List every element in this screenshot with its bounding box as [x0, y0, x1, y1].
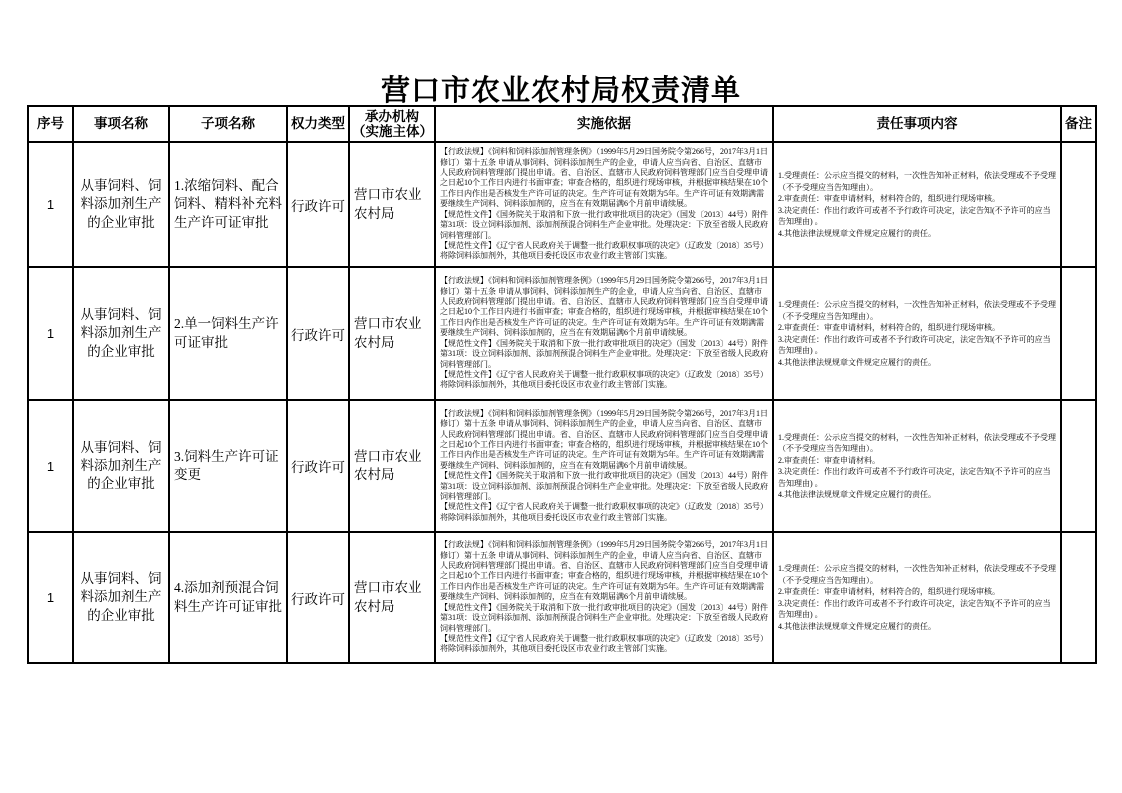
table-row: 1 从事饲料、饲料添加剂生产的企业审批 3.饲料生产许可证变更 行政许可 营口市…: [28, 400, 1096, 532]
responsibility-cell: 1.受理责任：公示应当提交的材料，一次性告知补正材料，依法受理或不予受理（不予受…: [773, 532, 1061, 663]
header-agency: 承办机构 （实施主体）: [349, 106, 435, 142]
responsibility-item: 3.决定责任：作出行政许可或者不予行政许可决定，法定告知(不予许可的应当告知理由…: [778, 334, 1056, 357]
responsibility-cell: 1.受理责任：公示应当提交的材料，一次性告知补正材料，依法受理或不予受理（不予受…: [773, 267, 1061, 400]
page-title: 营口市农业农村局权责清单: [27, 68, 1095, 109]
header-item-name: 事项名称: [73, 106, 169, 142]
legal-basis-paragraph: 【规范性文件】《辽宁省人民政府关于调整一批行政职权事项的决定》（辽政发〔2018…: [440, 241, 768, 262]
header-sub-item: 子项名称: [169, 106, 287, 142]
responsibility-item: 1.受理责任：公示应当提交的材料，一次性告知补正材料，依法受理或不予受理（不予受…: [778, 563, 1056, 586]
item-name-cell: 从事饲料、饲料添加剂生产的企业审批: [73, 400, 169, 532]
agency-cell: 营口市农业农村局: [349, 142, 435, 267]
legal-basis-cell: 【行政法规】《饲料和饲料添加剂管理条例》（1999年5月29日国务院令第266号…: [435, 532, 773, 663]
responsibility-item: 3.决定责任：作出行政许可或者不予行政许可决定，法定告知(不予许可的应当告知理由…: [778, 598, 1056, 621]
responsibility-item: 2.审查责任：审查申请材料，材料符合的，组织进行现场审核。: [778, 322, 1056, 334]
responsibility-item: 1.受理责任：公示应当提交的材料，一次性告知补正材料，依法受理或不予受理（不予受…: [778, 299, 1056, 322]
legal-basis-paragraph: 【规范性文件】《国务院关于取消和下放一批行政审批项目的决定》（国发〔2013〕4…: [440, 339, 768, 370]
agency-cell: 营口市农业农村局: [349, 400, 435, 532]
responsibility-item: 4.其他法律法规规章文件规定应履行的责任。: [778, 357, 1056, 369]
row-index-cell: 1: [28, 532, 73, 663]
legal-basis-cell: 【行政法规】《饲料和饲料添加剂管理条例》（1999年5月29日国务院令第266号…: [435, 267, 773, 400]
legal-basis-paragraph: 【行政法规】《饲料和饲料添加剂管理条例》（1999年5月29日国务院令第266号…: [440, 409, 768, 471]
item-name-cell: 从事饲料、饲料添加剂生产的企业审批: [73, 532, 169, 663]
table-row: 1 从事饲料、饲料添加剂生产的企业审批 4.添加剂预混合饲料生产许可证审批 行政…: [28, 532, 1096, 663]
table-row: 1 从事饲料、饲料添加剂生产的企业审批 1.浓缩饲料、配合饲料、精料补充料生产许…: [28, 142, 1096, 267]
sub-item-cell: 4.添加剂预混合饲料生产许可证审批: [169, 532, 287, 663]
item-name-cell: 从事饲料、饲料添加剂生产的企业审批: [73, 142, 169, 267]
header-remark: 备注: [1061, 106, 1096, 142]
responsibility-item: 4.其他法律法规规章文件规定应履行的责任。: [778, 489, 1056, 501]
header-responsibility: 责任事项内容: [773, 106, 1061, 142]
power-type-cell: 行政许可: [287, 400, 349, 532]
responsibility-item: 2.审查责任：审查申请材料，材料符合的，组织进行现场审核。: [778, 586, 1056, 598]
remark-cell: [1061, 400, 1096, 532]
legal-basis-paragraph: 【规范性文件】《辽宁省人民政府关于调整一批行政职权事项的决定》（辽政发〔2018…: [440, 370, 768, 391]
responsibility-item: 1.受理责任：公示应当提交的材料，一次性告知补正材料，依法受理或不予受理（不予受…: [778, 170, 1056, 193]
power-responsibility-table: 序号 事项名称 子项名称 权力类型 承办机构 （实施主体） 实施依据 责任事项内…: [27, 105, 1097, 664]
power-type-cell: 行政许可: [287, 142, 349, 267]
remark-cell: [1061, 142, 1096, 267]
legal-basis-paragraph: 【行政法规】《饲料和饲料添加剂管理条例》（1999年5月29日国务院令第266号…: [440, 276, 768, 338]
row-index-cell: 1: [28, 400, 73, 532]
legal-basis-cell: 【行政法规】《饲料和饲料添加剂管理条例》（1999年5月29日国务院令第266号…: [435, 142, 773, 267]
table-header-row: 序号 事项名称 子项名称 权力类型 承办机构 （实施主体） 实施依据 责任事项内…: [28, 106, 1096, 142]
legal-basis-paragraph: 【规范性文件】《国务院关于取消和下放一批行政审批项目的决定》（国发〔2013〕4…: [440, 603, 768, 634]
row-index-cell: 1: [28, 142, 73, 267]
legal-basis-paragraph: 【规范性文件】《国务院关于取消和下放一批行政审批项目的决定》（国发〔2013〕4…: [440, 471, 768, 502]
agency-cell: 营口市农业农村局: [349, 532, 435, 663]
header-index: 序号: [28, 106, 73, 142]
header-legal-basis: 实施依据: [435, 106, 773, 142]
table-row: 1 从事饲料、饲料添加剂生产的企业审批 2.单一饲料生产许可证审批 行政许可 营…: [28, 267, 1096, 400]
sub-item-cell: 2.单一饲料生产许可证审批: [169, 267, 287, 400]
remark-cell: [1061, 532, 1096, 663]
responsibility-item: 4.其他法律法规规章文件规定应履行的责任。: [778, 228, 1056, 240]
legal-basis-paragraph: 【规范性文件】《辽宁省人民政府关于调整一批行政职权事项的决定》（辽政发〔2018…: [440, 634, 768, 655]
responsibility-item: 4.其他法律法规规章文件规定应履行的责任。: [778, 621, 1056, 633]
legal-basis-paragraph: 【规范性文件】《国务院关于取消和下放一批行政审批项目的决定》（国发〔2013〕4…: [440, 210, 768, 241]
legal-basis-paragraph: 【规范性文件】《辽宁省人民政府关于调整一批行政职权事项的决定》（辽政发〔2018…: [440, 502, 768, 523]
document-page: 营口市农业农村局权责清单 序号 事项名称 子项名称 权力类型 承办机构 （实施主…: [0, 0, 1122, 793]
header-power-type: 权力类型: [287, 106, 349, 142]
responsibility-cell: 1.受理责任：公示应当提交的材料，一次性告知补正材料，依法受理或不予受理（不予受…: [773, 400, 1061, 532]
legal-basis-cell: 【行政法规】《饲料和饲料添加剂管理条例》（1999年5月29日国务院令第266号…: [435, 400, 773, 532]
responsibility-item: 3.决定责任：作出行政许可或者不予行政许可决定，法定告知(不予许可的应当告知理由…: [778, 205, 1056, 228]
responsibility-item: 2.审查责任：审查申请材料，材料符合的，组织进行现场审核。: [778, 193, 1056, 205]
power-type-cell: 行政许可: [287, 267, 349, 400]
legal-basis-paragraph: 【行政法规】《饲料和饲料添加剂管理条例》（1999年5月29日国务院令第266号…: [440, 540, 768, 602]
responsibility-item: 3.决定责任：作出行政许可或者不予行政许可决定，法定告知(不予许可的应当告知理由…: [778, 466, 1056, 489]
remark-cell: [1061, 267, 1096, 400]
responsibility-item: 2.审查责任：审查申请材料。: [778, 455, 1056, 467]
responsibility-cell: 1.受理责任：公示应当提交的材料，一次性告知补正材料，依法受理或不予受理（不予受…: [773, 142, 1061, 267]
item-name-cell: 从事饲料、饲料添加剂生产的企业审批: [73, 267, 169, 400]
agency-cell: 营口市农业农村局: [349, 267, 435, 400]
responsibility-item: 1.受理责任：公示应当提交的材料，一次性告知补正材料，依法受理或不予受理（不予受…: [778, 432, 1056, 455]
sub-item-cell: 1.浓缩饲料、配合饲料、精料补充料生产许可证审批: [169, 142, 287, 267]
row-index-cell: 1: [28, 267, 73, 400]
power-type-cell: 行政许可: [287, 532, 349, 663]
legal-basis-paragraph: 【行政法规】《饲料和饲料添加剂管理条例》（1999年5月29日国务院令第266号…: [440, 147, 768, 209]
sub-item-cell: 3.饲料生产许可证变更: [169, 400, 287, 532]
